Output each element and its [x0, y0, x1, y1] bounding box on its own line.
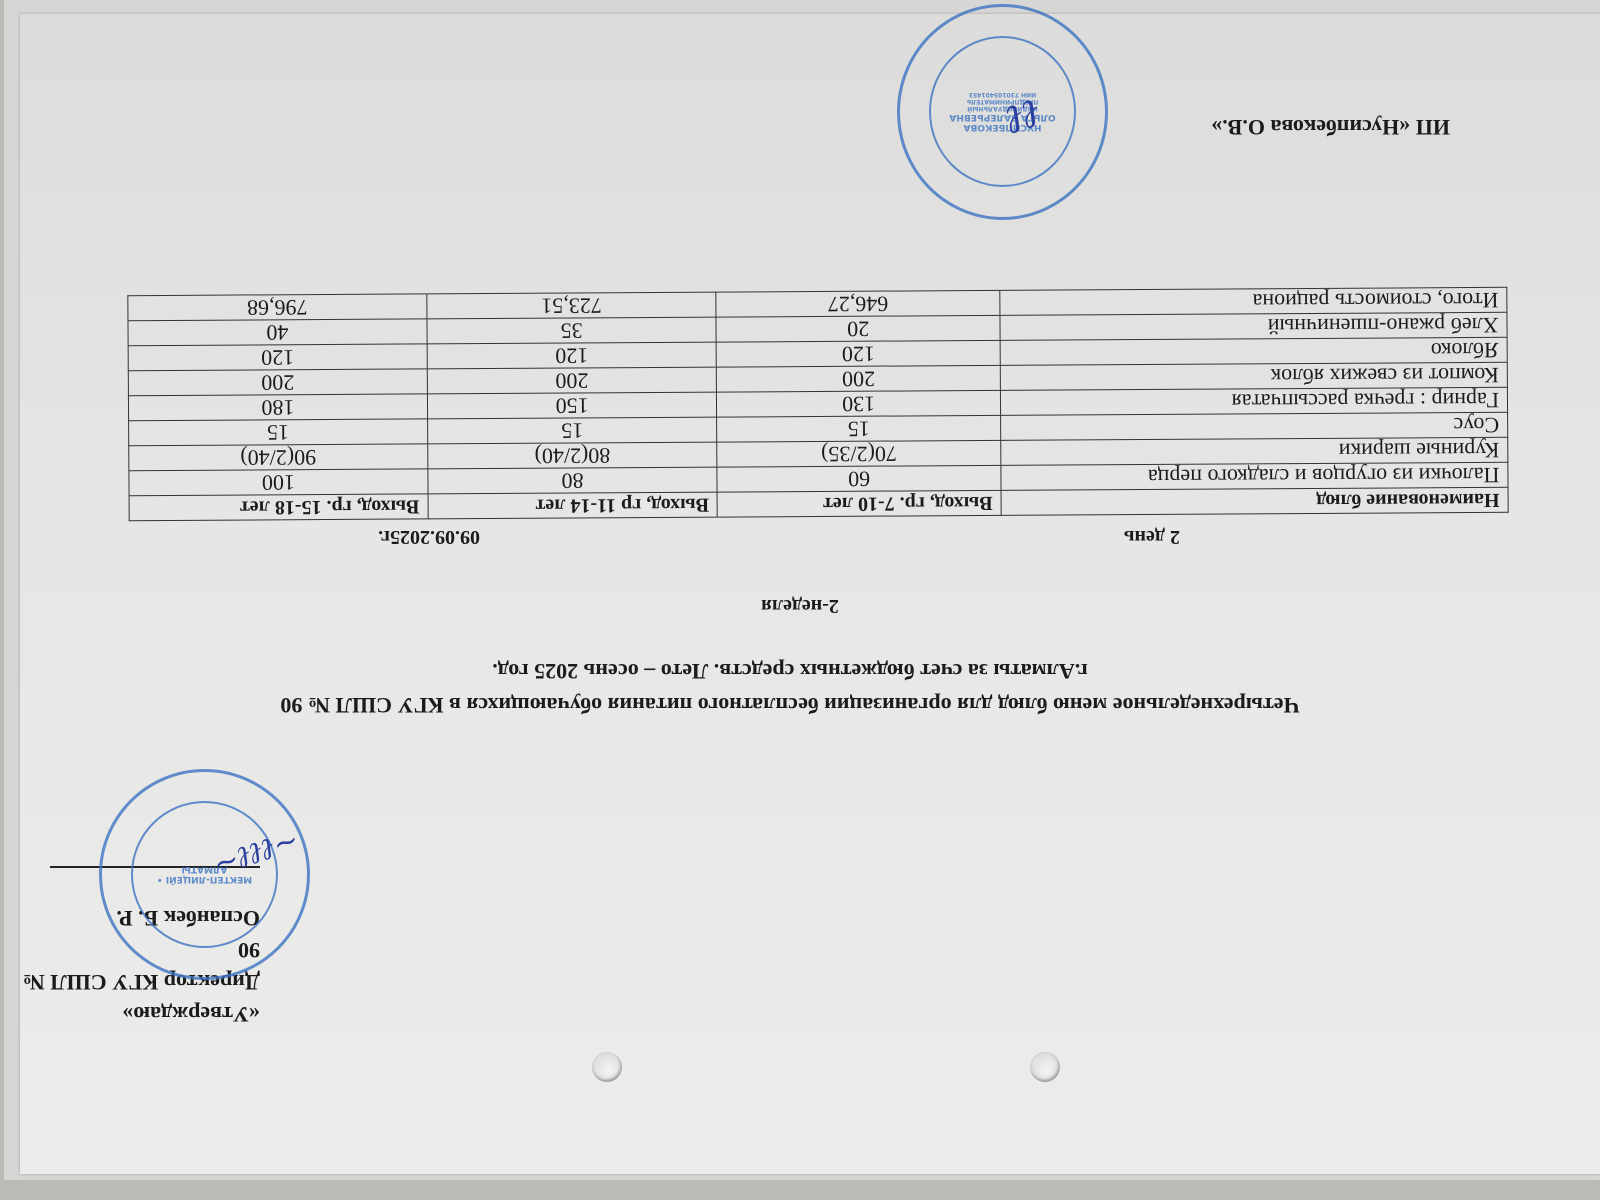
header-age-15-18: Выход, гр. 15-18 лет: [129, 494, 428, 521]
yield-7-10: 120: [716, 340, 1000, 367]
yield-11-14: 200: [427, 367, 717, 394]
yield-7-10: 15: [717, 415, 1001, 442]
dish-name: Хлеб ржано-пшеничный: [1000, 312, 1507, 340]
menu-date: 09.09.2025г.: [378, 525, 480, 548]
dish-name: Соус: [1001, 412, 1508, 440]
dish-name: Гарнир : гречка рассыпчатая: [1000, 387, 1507, 415]
yield-15-18: 180: [128, 394, 427, 421]
yield-11-14: 35: [427, 317, 717, 344]
yield-7-10: 60: [717, 465, 1001, 492]
header-age-11-14: Выход, гр 11-14 лет: [428, 492, 718, 519]
day-label: 2 день: [1124, 525, 1180, 548]
yield-11-14: 723,51: [427, 292, 717, 319]
yield-7-10: 646,27: [716, 290, 1000, 317]
yield-15-18: 40: [128, 319, 427, 346]
dish-name: Итого, стоимость рациона: [1000, 287, 1507, 315]
yield-11-14: 80(2/40): [428, 442, 718, 469]
menu-table: Наименование блюд Выход, гр. 7-10 лет Вы…: [127, 287, 1508, 521]
title-line-2: г.Алматы за счет бюджетных средств. Лето…: [155, 654, 1425, 688]
header-dish-name: Наименование блюд: [1001, 487, 1508, 515]
yield-11-14: 150: [427, 392, 717, 419]
binder-hole-left: [1030, 1052, 1060, 1082]
yield-7-10: 20: [716, 315, 1000, 342]
yield-15-18: 120: [128, 344, 427, 371]
yield-15-18: 90(2/40): [129, 444, 428, 471]
dish-name: Яблоко: [1000, 337, 1507, 365]
dish-name: Палочки из огурцов и сладкого перца: [1001, 462, 1508, 490]
school-stamp: МЕКТЕП-ЛИЦЕЙІ • АЛМАТЫ: [99, 769, 310, 980]
yield-7-10: 70(2/35): [717, 440, 1001, 467]
title-line-1: Четырехнедельное меню блюд для организац…: [155, 688, 1425, 722]
yield-15-18: 100: [129, 469, 428, 496]
yield-15-18: 796,68: [128, 294, 427, 321]
binder-hole-right: [592, 1052, 622, 1082]
document-title: Четырехнедельное меню блюд для организац…: [155, 654, 1425, 722]
menu-document: «Утверждаю» Директор КГУ СШЛ № 90 Оспанб…: [0, 0, 1600, 1200]
supplier-stamp: НУСИПБЕКОВА ОЛЬГА ВАЛЕРЬЕВНА ИНДИВИДУАЛЬ…: [897, 4, 1108, 220]
yield-7-10: 200: [717, 365, 1001, 392]
dish-name: Куриные шарики: [1001, 437, 1508, 465]
yield-11-14: 15: [427, 417, 717, 444]
yield-11-14: 120: [427, 342, 717, 369]
week-label: 2-неделя: [0, 594, 1600, 617]
header-age-7-10: Выход, гр. 7-10 лет: [717, 490, 1001, 517]
yield-15-18: 15: [129, 419, 428, 446]
approval-label: «Утверждаю»: [0, 998, 260, 1030]
yield-7-10: 130: [717, 390, 1001, 417]
supplier-label: ИП «Нусипбекова О.В.»: [1211, 114, 1450, 140]
dish-name: Компот из свежих яблок: [1000, 362, 1507, 390]
yield-15-18: 200: [128, 369, 427, 396]
yield-11-14: 80: [428, 467, 718, 494]
